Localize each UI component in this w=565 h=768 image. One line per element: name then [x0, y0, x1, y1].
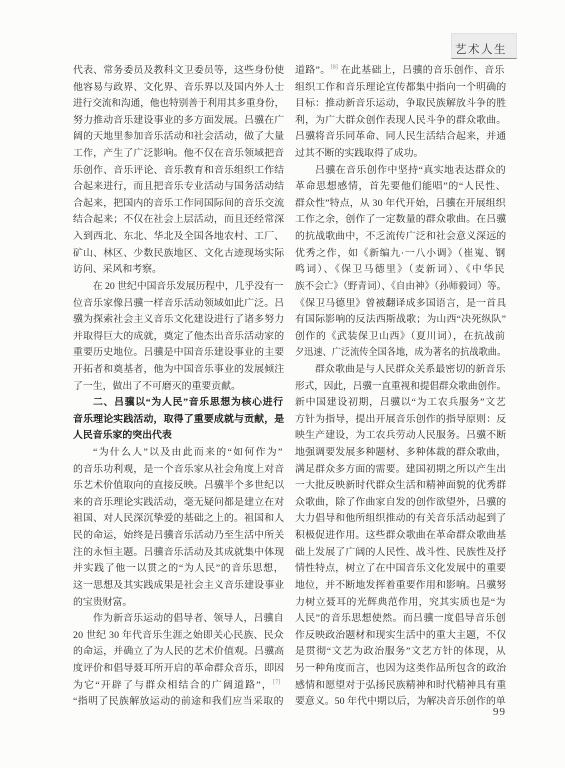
text-line: 群众歌曲是与人民群众关系最密切的新音乐 — [295, 362, 506, 379]
text-line: 的命运，并确立了为人民的艺术价值观。吕骥高 — [73, 644, 284, 661]
text-line: 他容易与政界、文化界、音乐界以及国内外人士 — [73, 80, 284, 97]
text-segment: 一大批反映新时代群众生活和精神面貌的优秀群 — [295, 480, 506, 491]
text-line: “为什么人”以及由此而来的“如何作为” — [73, 445, 284, 462]
left-column: 代表、常务委员及教科文卫委员等，这些身份使他容易与政界、文化界、音乐界以及国内外… — [73, 63, 284, 711]
text-segment: 并取得巨大的成就，奠定了他杰出音乐活动家的 — [73, 331, 284, 342]
text-line: 地强调要发展多种题材、多种体裁的群众歌曲， — [295, 445, 506, 462]
text-segment: 开拓者和奠基者，他为中国音乐事业的发展倾注 — [73, 364, 284, 375]
text-line: 访问、采风和考察。 — [73, 262, 284, 279]
text-line: 矿山、林区、少数民族地区、文化古迹现场实际 — [73, 246, 284, 263]
text-segment: 地强调要发展多种题材、多种体裁的群众歌曲， — [295, 447, 506, 458]
text-segment: 的命运，并确立了为人民的艺术价值观。吕骥高 — [73, 646, 284, 657]
text-segment: 工作之余，创作了一定数量的群众歌曲。在吕骥 — [295, 214, 506, 225]
text-segment: 入到西北、东北、华北及全国各地农村、工厂、 — [73, 231, 284, 242]
text-segment: 注的永恒主题。吕骥音乐活动及其成就集中体现 — [73, 547, 284, 558]
text-segment: 努力推动音乐建设事业的多方面发展。吕骥在广 — [73, 115, 284, 126]
text-line: 新中国建设初期，吕骥以“为工农兵服务”文艺 — [295, 395, 506, 412]
scanned-page: 艺术人生 代表、常务委员及教科文卫委员等，这些身份使他容易与政界、文化界、音乐界… — [0, 0, 565, 768]
text-segment: 鸣词）、《保卫马德里》（麦新词）、《中华民 — [295, 264, 506, 275]
text-segment: 础上发展了广阔的人民性、战斗性、民族性及抒 — [295, 547, 506, 558]
text-segment: “为什么人”以及由此而来的“如何作为” — [93, 447, 284, 458]
text-line: 目标：推动新音乐运动，争取民族解放斗争的胜 — [295, 96, 506, 113]
text-segment: 力树立聂耳的光辉典范作用，究其实质也是“为 — [295, 597, 506, 608]
text-segment: 众歌曲，除了作曲家自发的创作欲望外，吕骥的 — [295, 497, 506, 508]
text-segment: 合起来，把国内的音乐工作同国际间的音乐交流 — [73, 198, 284, 209]
text-line: 积极促进作用。这些群众歌曲在革命群众歌曲基 — [295, 528, 506, 545]
text-line: 祖国、对人民深沉挚爱的基础之上的。祖国和人 — [73, 511, 284, 528]
text-line: 力树立聂耳的光辉典范作用，究其实质也是“为 — [295, 595, 506, 612]
text-segment: 道路”。 — [295, 65, 331, 76]
text-segment: 位音乐家像吕骥一样音乐活动领域如此广泛。吕 — [73, 298, 284, 309]
text-line: 过其不断的实践取得了成功。 — [295, 146, 506, 163]
text-line: 形式，因此，吕骥一直重视和提倡群众歌曲创作。 — [295, 379, 500, 396]
text-line: 大力倡导和他所组织推动的有关音乐活动起到了 — [295, 511, 506, 528]
text-line: 并实践了他一以贯之的“为人民”的音乐思想， — [73, 561, 284, 578]
text-line: 础上发展了广阔的人民性、战斗性、民族性及抒 — [295, 545, 506, 562]
text-segment: 作为新音乐运动的倡导者、领导人，吕骥自 — [93, 613, 284, 624]
text-segment: 目标：推动新音乐运动，争取民族解放斗争的胜 — [295, 98, 506, 109]
text-line: 人民音乐家的突出代表 — [73, 428, 284, 445]
text-segment: 情性特点，树立了在中国音乐文化发展中的重要 — [295, 563, 506, 574]
text-segment: 过其不断的实践取得了成功。 — [295, 148, 423, 159]
text-line: 道路”。[8] 在此基础上，吕骥的音乐创作、音乐 — [295, 63, 506, 80]
text-line: 群众性”特点，从 30 年代开始，吕骥在开展组织 — [295, 196, 506, 213]
text-line: 工作之余，创作了一定数量的群众歌曲。在吕骥 — [295, 212, 506, 229]
text-line: “指明了民族解放运动的前途和我们应当采取的 — [73, 694, 284, 711]
text-line: 开拓者和奠基者，他为中国音乐事业的发展倾注 — [73, 362, 284, 379]
text-line: 阔的天地里参加音乐活动和社会活动，做了大量 — [73, 129, 284, 146]
text-line: 吕骥将音乐同革命、同人民生活结合起来，并通 — [295, 129, 506, 146]
text-line: 映生产建设，为工农兵劳动人民服务。吕骥不断 — [295, 428, 506, 445]
text-segment: 积极促进作用。这些群众歌曲在革命群众歌曲基 — [295, 530, 506, 541]
text-line: 的音乐功利观，是一个音乐家从社会角度上对音 — [73, 462, 284, 479]
text-line: 代表、常务委员及教科文卫委员等，这些身份使 — [73, 63, 284, 80]
text-line: 革命思想感情，首先要他们能唱”的“人民性、 — [295, 179, 506, 196]
text-segment: 感情和愿望对于弘扬民族精神和时代精神具有重 — [295, 680, 506, 691]
text-segment: 音乐理论实践活动，取得了重要成就与贡献，是 — [73, 414, 284, 425]
text-segment: 矿山、林区、少数民族地区、文化古迹现场实际 — [73, 248, 284, 259]
text-segment: 民的命运，始终是吕骥音乐活动乃至生活中所关 — [73, 530, 284, 541]
text-line: 注的永恒主题。吕骥音乐活动及其成就集中体现 — [73, 545, 284, 562]
text-line: 努力推动音乐建设事业的多方面发展。吕骥在广 — [73, 113, 284, 130]
text-segment: 群众歌曲是与人民群众关系最密切的新音乐 — [315, 364, 506, 375]
text-segment: 方针为指导，提出开展音乐创作的指导原则：反 — [295, 414, 506, 425]
text-line: 夕迅速、广泛流传全国各地，成为著名的抗战歌曲。 — [295, 345, 491, 362]
text-line: 一大批反映新时代群众生活和精神面貌的优秀群 — [295, 478, 506, 495]
text-segment: 的宝贵财富。 — [73, 597, 132, 608]
text-line: 创作的《武装保卫山西》（夏川词），在抗战前 — [295, 329, 506, 346]
text-line: 的抗战歌曲中，不乏流传广泛和社会意义深远的 — [295, 229, 506, 246]
text-line: 满足群众多方面的需要。建国初期之所以产生出 — [295, 462, 506, 479]
text-segment: 度评价和倡导聂耳所开启的革命群众音乐，即因 — [73, 663, 284, 674]
text-line: 方针为指导，提出开展音乐创作的指导原则：反 — [295, 412, 506, 429]
text-segment: 是贯彻“文艺为政治服务”文艺方针的体现，从 — [295, 646, 506, 657]
text-segment: 访问、采风和考察。 — [73, 264, 162, 275]
text-line: 20 世纪 30 年代音乐生涯之始即关心民族、民众 — [73, 628, 284, 645]
text-line: 工作，产生了广泛影响。他不仅在音乐领域把音 — [73, 146, 284, 163]
text-line: 另一种角度而言，也因为这类作品所包含的政治 — [295, 661, 506, 678]
text-line: 入到西北、东北、华北及全国各地农村、工厂、 — [73, 229, 284, 246]
text-segment: 合起来进行，而且把音乐专业活动与国务活动结 — [73, 181, 284, 192]
text-segment: 骥为探索社会主义音乐文化建设进行了诸多努力 — [73, 314, 284, 325]
text-line: 在 20 世纪中国音乐发展历程中，几乎没有一 — [73, 279, 282, 296]
text-segment: 组织工作和音乐理论宣传都集中指向一个明确的 — [295, 82, 506, 93]
text-segment: 《保卫马德里》曾被翻译成多国语言，是一首具 — [295, 298, 506, 309]
text-segment: 夕迅速、广泛流传全国各地，成为著名的抗战歌曲。 — [295, 347, 506, 358]
text-segment: 结合起来；不仅在社会上层活动，而且还经常深 — [73, 214, 284, 225]
text-segment: 乐艺术价值取向的直接反映。吕骥半个多世纪以 — [73, 480, 284, 491]
text-line: 二、吕骥以“为人民”音乐思想为核心进行 — [73, 395, 284, 412]
text-line: 民的命运，始终是吕骥音乐活动乃至生活中所关 — [73, 528, 284, 545]
text-segment: 创作的《武装保卫山西》（夏川词），在抗战前 — [295, 331, 506, 342]
text-line: 为它“开辟了与群众相结合的广阔道路”，[7] — [73, 678, 284, 695]
text-segment: 阔的天地里参加音乐活动和社会活动，做了大量 — [73, 131, 284, 142]
text-segment: 大力倡导和他所组织推动的有关音乐活动起到了 — [295, 513, 506, 524]
text-segment: 进行交流和沟通，他也特别善于利用其多重身份， — [73, 98, 284, 109]
text-line: 地位，并不断地发挥着重要作用和影响。吕骥努 — [295, 578, 506, 595]
text-segment: 并实践了他一以贯之的“为人民”的音乐思想， — [73, 563, 284, 574]
text-line: 作反映政治题材和现实生活中的重大主题，不仅 — [295, 628, 506, 645]
text-line: 结合起来；不仅在社会上层活动，而且还经常深 — [73, 212, 284, 229]
text-segment: 这一思想及其实践成果是社会主义音乐建设事业 — [73, 580, 284, 591]
text-line: 音乐理论实践活动，取得了重要成就与贡献，是 — [73, 412, 284, 429]
text-line: 感情和愿望对于弘扬民族精神和时代精神具有重 — [295, 678, 506, 695]
text-line: 进行交流和沟通，他也特别善于利用其多重身份， — [73, 96, 278, 113]
section-header-label: 艺术人生 — [455, 45, 507, 57]
text-segment: 重要历史地位。吕骥是中国音乐建设事业的主要 — [73, 347, 284, 358]
section-header-tag: 艺术人生 — [451, 33, 517, 59]
text-segment: 有国际影响的反法西斯战歌；为山西“决死纵队” — [295, 314, 506, 325]
text-segment: 另一种角度而言，也因为这类作品所包含的政治 — [295, 663, 506, 674]
footnote-ref: [8] — [331, 64, 338, 71]
text-segment: 祖国、对人民深沉挚爱的基础之上的。祖国和人 — [73, 513, 284, 524]
text-segment: 族不会亡》（野青词）、《自由神》（孙师毅词）等。 — [295, 281, 506, 292]
text-line: 人民”的音乐思想使然。而吕骥一度倡导音乐创 — [295, 611, 506, 628]
text-line: 了一生，做出了不可磨灭的重要贡献。 — [73, 379, 284, 396]
text-segment: 的抗战歌曲中，不乏流传广泛和社会意义深远的 — [295, 231, 506, 242]
text-segment: 利，为广大群众创作表现人民斗争的群众歌曲。 — [295, 115, 506, 126]
text-line: 来的音乐理论实践活动，毫无疑问都是建立在对 — [73, 495, 284, 512]
text-segment: 的音乐功利观，是一个音乐家从社会角度上对音 — [73, 464, 284, 475]
text-segment: 他容易与政界、文化界、音乐界以及国内外人士 — [73, 82, 284, 93]
text-segment: 满足群众多方面的需要。建国初期之所以产生出 — [295, 464, 506, 475]
text-line: 并取得巨大的成就，奠定了他杰出音乐活动家的 — [73, 329, 284, 346]
text-segment: 乐创作、音乐评论、音乐教育和音乐组织工作结 — [73, 165, 284, 176]
footnote-ref: [7] — [273, 678, 280, 685]
text-line: 优秀之作，如《新编九·一八小调》（崔嵬、钢 — [295, 246, 506, 263]
text-segment: 20 世纪 30 年代音乐生涯之始即关心民族、民众 — [73, 630, 284, 641]
text-segment: 革命思想感情，首先要他们能唱”的“人民性、 — [295, 181, 506, 192]
text-line: 骥为探索社会主义音乐文化建设进行了诸多努力 — [73, 312, 284, 329]
text-line: 鸣词）、《保卫马德里》（麦新词）、《中华民 — [295, 262, 506, 279]
text-line: 这一思想及其实践成果是社会主义音乐建设事业 — [73, 578, 284, 595]
text-segment: 二、吕骥以“为人民”音乐思想为核心进行 — [93, 397, 284, 408]
text-line: 乐艺术价值取向的直接反映。吕骥半个多世纪以 — [73, 478, 284, 495]
text-line: 有国际影响的反法西斯战歌；为山西“决死纵队” — [295, 312, 506, 329]
text-line: 重要历史地位。吕骥是中国音乐建设事业的主要 — [73, 345, 284, 362]
right-column: 道路”。[8] 在此基础上，吕骥的音乐创作、音乐组织工作和音乐理论宣传都集中指向… — [295, 63, 506, 711]
text-line: 组织工作和音乐理论宣传都集中指向一个明确的 — [295, 80, 506, 97]
text-segment: 在此基础上，吕骥的音乐创作、音乐 — [338, 65, 505, 76]
text-line: 合起来进行，而且把音乐专业活动与国务活动结 — [73, 179, 284, 196]
text-line: 是贯彻“文艺为政治服务”文艺方针的体现，从 — [295, 644, 506, 661]
text-line: 作为新音乐运动的倡导者、领导人，吕骥自 — [73, 611, 284, 628]
text-segment: 映生产建设，为工农兵劳动人民服务。吕骥不断 — [295, 430, 506, 441]
text-line: 《保卫马德里》曾被翻译成多国语言，是一首具 — [295, 296, 506, 313]
text-segment: 了一生，做出了不可磨灭的重要贡献。 — [73, 381, 241, 392]
text-line: 利，为广大群众创作表现人民斗争的群众歌曲。 — [295, 113, 506, 130]
text-segment: 人民音乐家的突出代表 — [73, 430, 172, 441]
text-segment: 作反映政治题材和现实生活中的重大主题，不仅 — [295, 630, 506, 641]
text-segment: 地位，并不断地发挥着重要作用和影响。吕骥努 — [295, 580, 506, 591]
text-line: 合起来，把国内的音乐工作同国际间的音乐交流 — [73, 196, 284, 213]
text-segment: 形式，因此，吕骥一直重视和提倡群众歌曲创作。 — [295, 381, 506, 392]
text-line: 族不会亡》（野青词）、《自由神》（孙师毅词）等。 — [295, 279, 500, 296]
text-segment: 代表、常务委员及教科文卫委员等，这些身份使 — [73, 65, 284, 76]
text-segment: 人民”的音乐思想使然。而吕骥一度倡导音乐创 — [295, 613, 506, 624]
text-segment: 吕骥在音乐创作中坚持“真实地表达群众的 — [315, 165, 506, 176]
text-segment: 群众性”特点，从 30 年代开始，吕骥在开展组织 — [295, 198, 506, 209]
text-line: 位音乐家像吕骥一样音乐活动领域如此广泛。吕 — [73, 296, 284, 313]
text-line: 众歌曲，除了作曲家自发的创作欲望外，吕骥的 — [295, 495, 506, 512]
text-segment: 优秀之作，如《新编九·一八小调》（崔嵬、钢 — [295, 248, 506, 259]
text-segment: 吕骥将音乐同革命、同人民生活结合起来，并通 — [295, 131, 506, 142]
text-segment: 新中国建设初期，吕骥以“为工农兵服务”文艺 — [295, 397, 506, 408]
text-line: 度评价和倡导聂耳所开启的革命群众音乐，即因 — [73, 661, 284, 678]
text-segment: 来的音乐理论实践活动，毫无疑问都是建立在对 — [73, 497, 284, 508]
text-segment: “指明了民族解放运动的前途和我们应当采取的 — [73, 696, 284, 707]
text-line: 情性特点，树立了在中国音乐文化发展中的重要 — [295, 561, 506, 578]
text-segment: 工作，产生了广泛影响。他不仅在音乐领域把音 — [73, 148, 284, 159]
text-line: 的宝贵财富。 — [73, 595, 284, 612]
text-segment: 为它“开辟了与群众相结合的广阔道路”， — [73, 680, 273, 691]
text-line: 乐创作、音乐评论、音乐教育和音乐组织工作结 — [73, 163, 284, 180]
page-number: 99 — [296, 706, 506, 718]
text-segment: 在 20 世纪中国音乐发展历程中，几乎没有一 — [93, 281, 284, 292]
text-line: 吕骥在音乐创作中坚持“真实地表达群众的 — [295, 163, 506, 180]
